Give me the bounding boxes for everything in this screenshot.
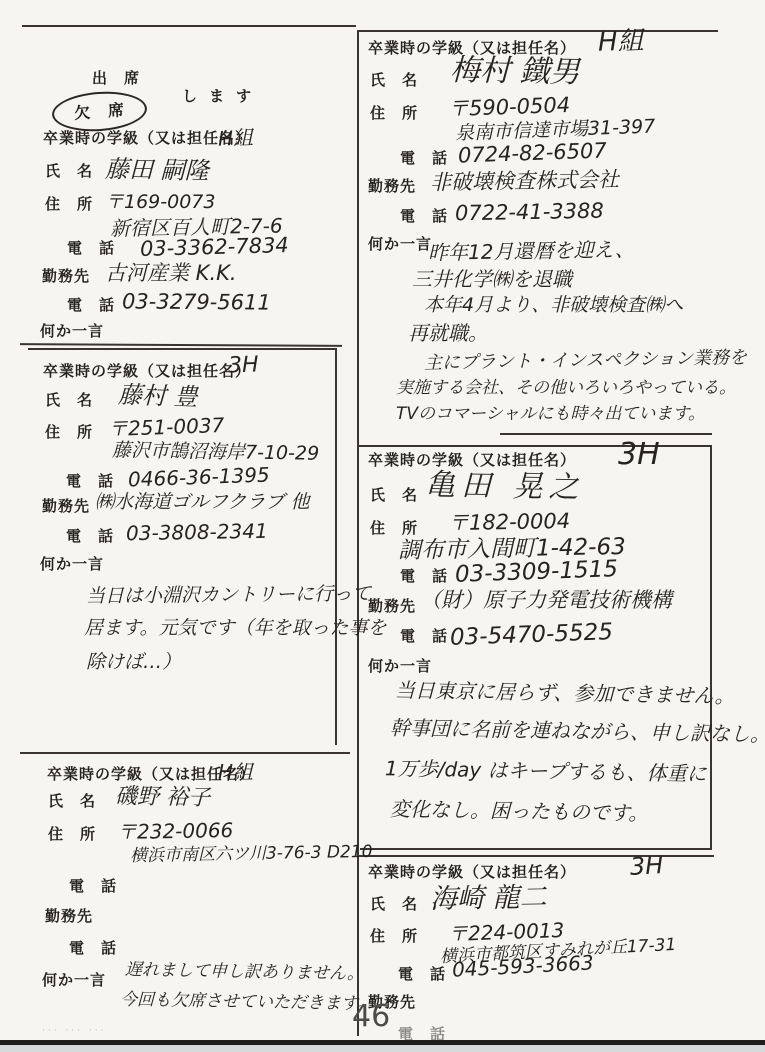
card4-name-value: 梅村 鐵男 [450,54,580,89]
card5-comment-line: 1万歩/day はキープするも、体重に [385,757,707,785]
card3-name-label: 氏 名 [48,793,96,810]
card2-class-header: 卒業時の学級（又は担任名） [43,363,251,380]
card1-top-border [22,25,356,27]
card5-name-value: 亀田 晃之 [425,469,585,505]
card3-class-value: H組 [218,761,253,783]
card3-top-border [20,752,350,754]
column-divider [357,30,359,1036]
card2-class-value: 3H [228,353,259,378]
card5-name-label: 氏 名 [370,487,418,504]
scanned-reply-card-page: 出 席 します 欠 席 卒業時の学級（又は担任名） H組 氏 名 藤田 嗣隆 住… [0,0,765,1052]
card4-workplace-label: 勤務先 [368,178,416,195]
card6-name-label: 氏 名 [370,896,418,913]
card5-comment-label: 何か一言 [368,658,432,675]
card5-right-border [710,445,712,850]
card5-address-label: 住 所 [370,520,418,537]
card5-comment-line: 幹事団に名前を連ねながら、申し訳なし。 [390,717,765,746]
card2-workphone-value: 03-3808-2341 [126,520,268,544]
card1-name-value: 藤田 嗣隆 [105,156,209,184]
card4-top-border [358,30,718,32]
card5-class-value: 3H [618,438,660,471]
card2-workplace-value: ㈱水海道ゴルフクラブ 他 [95,492,309,513]
card4-comment-line: 本年4月より、非破壊検査㈱へ [424,295,683,316]
card1-phone-label: 電 話 [67,240,115,257]
card2-address-label: 住 所 [45,424,93,441]
card4-comment-line: 実施する会社、その他いろいろやっている。 [396,379,736,398]
card5-postal-value: 〒182-0004 [448,510,570,535]
scan-edge-strip [0,1045,765,1052]
card1-address-label: 住 所 [45,196,93,213]
card5-bottom-border [360,848,710,850]
card1-workphone-value: 03-3279-5611 [122,290,271,314]
card5-class-header: 卒業時の学級（又は担任名） [368,452,576,469]
scan-noise-marks: ··· ··· ··· [42,1026,106,1036]
card5-phone-value: 03-3309-1515 [455,557,619,588]
card3-comment-line: 遅れまして申し訳ありません。 [125,961,364,984]
card1-class-value: H組 [218,126,254,149]
card2-comment-line: 居ます。元気です（年を取った事を [84,618,386,639]
card3-address-value: 横浜市南区六ツ川3-76-3 D210 [130,843,373,866]
card3-workplace-label: 勤務先 [45,908,93,925]
card3-comment-line: 今回も欠席させていただきます。 [120,991,374,1014]
card2-name-label: 氏 名 [45,392,93,409]
card6-address-label: 住 所 [370,928,418,945]
card5-workphone-value: 03-5470-5525 [450,620,614,651]
card4-comment-line: 昨年12月還暦を迎え、 [428,238,635,264]
card2-address-value: 藤沢市鵠沼海岸7-10-29 [112,440,319,465]
card5-workphone-label: 電 話 [400,628,448,645]
card4-comment-line: 三井化学㈱を退職 [412,268,572,290]
card2-right-border [335,348,337,745]
card2-comment-line: 除けば…） [86,652,181,673]
card2-name-value: 藤村 豊 [118,382,199,411]
card6-class-header: 卒業時の学級（又は担任名） [368,864,576,881]
card2-postal-value: 〒251-0037 [108,414,225,440]
card2-phone-value: 0466-36-1395 [128,464,270,491]
card1-workplace-label: 勤務先 [42,268,90,285]
card3-address-label: 住 所 [48,826,96,843]
card1-postal-value: 〒169-0073 [105,192,215,213]
card3-name-value: 磯野 裕子 [115,785,210,811]
card1-name-label: 氏 名 [45,163,93,180]
card4-comment-label: 何か一言 [368,236,432,253]
card2-workplace-label: 勤務先 [42,498,90,515]
card6-class-value: 3H [629,852,664,880]
card4-workphone-label: 電 話 [400,208,448,225]
card1-workplace-value: 古河産業 K.K. [105,262,237,285]
card1-bottom-border [20,343,342,347]
card1-workphone-label: 電 話 [67,297,115,314]
card6-name-value: 海崎 龍二 [430,883,547,915]
card6-phone-value: 045-593-3663 [452,951,595,980]
card3-workphone-label: 電 話 [69,940,117,957]
card4-workphone-value: 0722-41-3388 [455,200,604,226]
card1-phone-value: 03-3362-7834 [140,234,289,261]
card4-bottom-border [500,433,712,435]
card2-comment-label: 何か一言 [40,556,104,573]
card2-workphone-label: 電 話 [66,528,114,545]
attend-suffix-label: します [182,88,263,105]
card3-comment-label: 何か一言 [42,972,106,989]
card2-comment-line: 当日は小淵沢カントリーに行って [86,584,371,607]
card3-phone-label: 電 話 [69,878,117,895]
card4-address-label: 住 所 [370,105,418,122]
card5-workplace-value: （財）原子力発電技術機構 [420,589,672,612]
card6-phone-label: 電 話 [398,966,446,983]
card5-comment-line: 当日東京に居らず、参加できません。 [395,679,735,707]
card2-phone-label: 電 話 [66,473,114,490]
card4-phone-value: 0724-82-6507 [458,139,607,167]
card4-name-label: 氏 名 [370,72,418,89]
card4-postal-value: 〒590-0504 [448,94,571,121]
card5-workplace-label: 勤務先 [368,598,416,615]
card4-class-value: H組 [598,27,645,57]
card2-top-border [28,348,337,350]
card1-comment-label: 何か一言 [40,323,104,340]
card4-workplace-value: 非破壊検査株式会社 [430,168,619,194]
card5-phone-label: 電 話 [400,568,448,585]
card5-comment-line: 変化なし。困ったものです。 [390,798,649,825]
card4-comment-line: 再就職。 [408,322,488,344]
card3-postal-value: 〒232-0066 [117,819,234,843]
page-number: 46 [352,1000,390,1033]
attend-label: 出 席 [92,70,140,87]
card4-comment-line: 主にプラント・インスペクション業務を [424,348,747,373]
card4-phone-label: 電 話 [400,150,448,167]
card4-comment-line: TVのコマーシャルにも時々出ています。 [396,405,705,424]
absent-circled-option: 欠 席 [51,89,149,135]
